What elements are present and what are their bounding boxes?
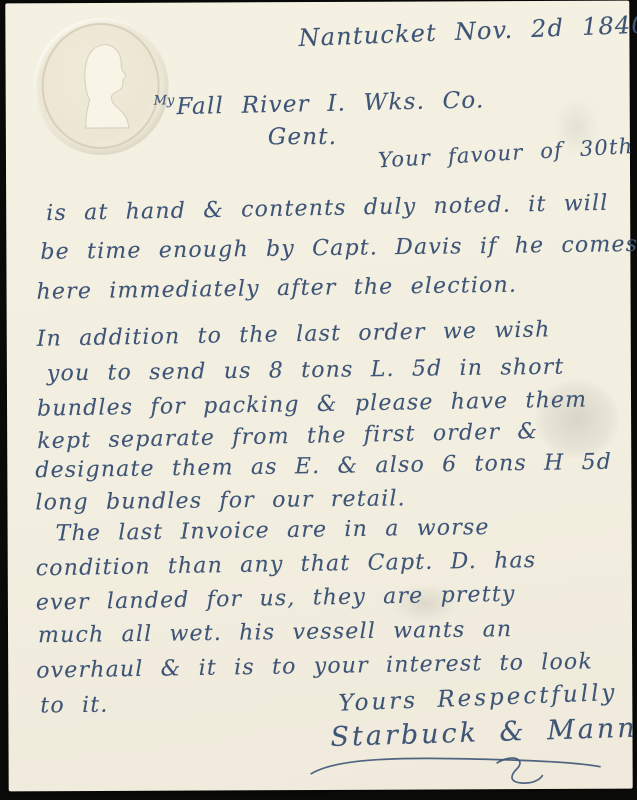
signature: Starbuck & Mann: [330, 713, 637, 753]
opening-phrase: Your favour of 30th: [377, 134, 633, 172]
body-line: condition than any that Capt. D. has: [36, 548, 537, 581]
body-line: long bundles for our retail.: [35, 486, 406, 515]
body-line: is at hand & contents duly noted. it wil…: [46, 191, 609, 226]
body-line: be time enough by Capt. Davis if he come…: [40, 232, 637, 265]
body-line: much all wet. his vessell wants an: [38, 617, 513, 648]
body-line: you to send us 8 tons L. 5d in short: [47, 355, 565, 387]
body-line: here immediately after the election.: [36, 273, 517, 305]
recipient-line: MyFall River I. Wks. Co.: [153, 86, 484, 120]
embossed-bust-seal-icon: [33, 18, 169, 156]
body-line: The last Invoice are in a worse: [55, 515, 489, 546]
signature-flourish-icon: [301, 749, 611, 796]
body-line: to it.: [40, 693, 108, 719]
body-line: In addition to the last order we wish: [37, 317, 551, 351]
body-line: ever landed for us, they are pretty: [36, 582, 516, 616]
recipient-name: Fall River I. Wks. Co.: [176, 87, 485, 120]
body-line: bundles for packing & please have them: [37, 387, 588, 421]
body-line: kept separate from the first order &: [37, 419, 538, 454]
body-line: overhaul & it is to your interest to loo…: [36, 649, 593, 683]
dateline: Nantucket Nov. 2d 1840: [298, 10, 637, 52]
letter-sheet: Nantucket Nov. 2d 1840 MyFall River I. W…: [5, 1, 632, 792]
body-line: designate them as E. & also 6 tons H 5d: [35, 450, 612, 484]
closing-phrase: Yours Respectfully: [338, 680, 618, 717]
salutation: Gent.: [268, 124, 337, 150]
recipient-honorific: My: [153, 93, 174, 108]
